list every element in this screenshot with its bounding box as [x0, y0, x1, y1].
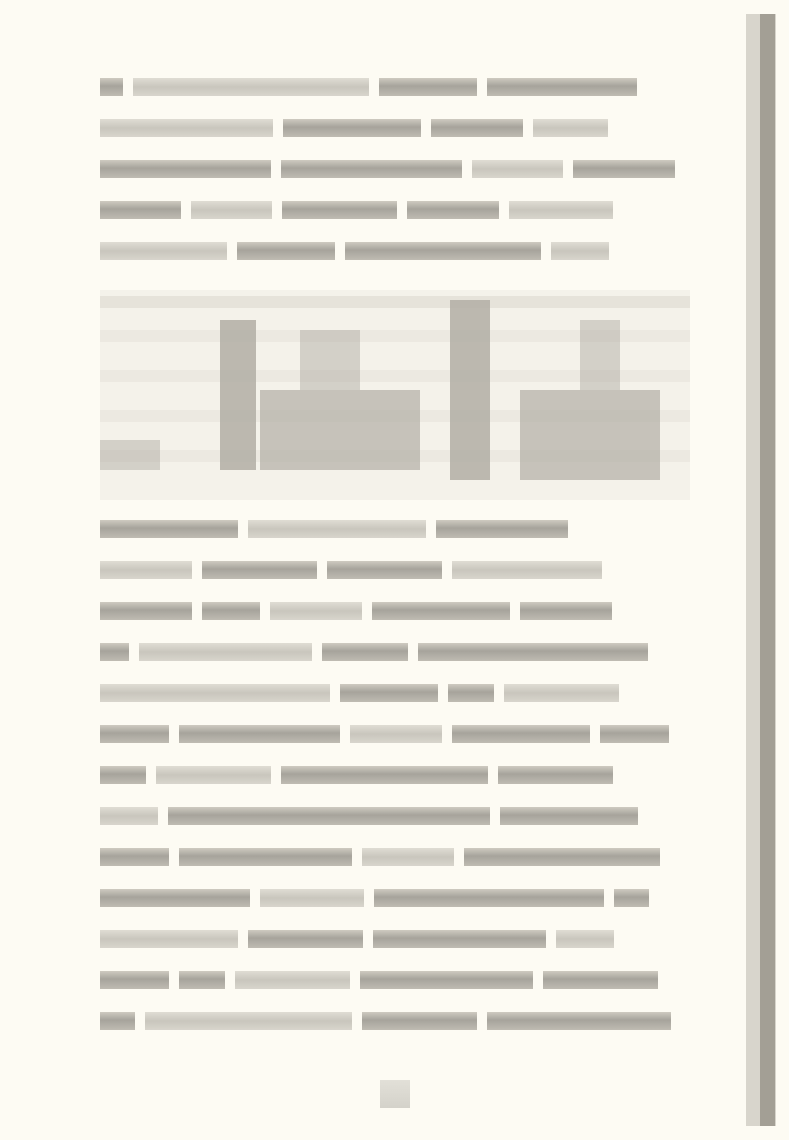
obscured-word: [500, 807, 638, 825]
obscured-word: [573, 160, 676, 178]
text-line: [100, 160, 675, 178]
obscured-word: [327, 561, 442, 579]
obscured-word: [100, 160, 271, 178]
obscured-word: [345, 242, 541, 260]
obscured-word: [202, 561, 317, 579]
scrollbar-thumb[interactable]: [760, 14, 775, 1126]
text-line: [100, 561, 675, 579]
figure-shape: [450, 300, 490, 480]
obscured-word: [100, 889, 250, 907]
figure-shape: [260, 390, 420, 470]
obscured-word: [448, 684, 494, 702]
obscured-word: [543, 971, 658, 989]
obscured-word: [360, 971, 533, 989]
text-line: [100, 1012, 675, 1030]
text-line: [100, 201, 675, 219]
page-number: [380, 1080, 410, 1108]
text-line: [100, 848, 675, 866]
obscured-word: [498, 766, 613, 784]
obscured-word: [372, 602, 510, 620]
obscured-word: [100, 1012, 135, 1030]
text-line: [100, 643, 675, 661]
text-line: [100, 78, 675, 96]
obscured-word: [281, 766, 488, 784]
text-line: [100, 602, 675, 620]
obscured-word: [509, 201, 613, 219]
obscured-word: [202, 602, 260, 620]
obscured-word: [100, 119, 273, 137]
obscured-word: [379, 78, 477, 96]
text-line: [100, 684, 675, 702]
obscured-word: [100, 201, 181, 219]
text-line: [100, 971, 675, 989]
obscured-word: [431, 119, 523, 137]
figure-shape: [520, 390, 660, 480]
obscured-word: [533, 119, 608, 137]
obscured-word: [452, 561, 602, 579]
obscured-word: [340, 684, 438, 702]
obscured-word: [614, 889, 649, 907]
figure-shape: [580, 320, 620, 390]
obscured-word: [139, 643, 312, 661]
obscured-word: [100, 561, 192, 579]
obscured-word: [362, 848, 454, 866]
obscured-word: [520, 602, 612, 620]
obscured-word: [100, 520, 238, 538]
obscured-word: [362, 1012, 477, 1030]
obscured-word: [373, 930, 546, 948]
obscured-word: [281, 160, 462, 178]
obscured-word: [472, 160, 563, 178]
text-line: [100, 119, 675, 137]
obscured-word: [100, 848, 169, 866]
obscured-word: [100, 643, 129, 661]
obscured-word: [179, 848, 352, 866]
obscured-word: [100, 78, 123, 96]
obscured-word: [237, 242, 335, 260]
obscured-word: [282, 201, 397, 219]
obscured-word: [100, 807, 158, 825]
obscured-word: [436, 520, 568, 538]
figure-shape: [300, 330, 360, 390]
obscured-word: [100, 930, 238, 948]
obscured-word: [504, 684, 619, 702]
obscured-word: [100, 602, 192, 620]
obscured-word: [464, 848, 660, 866]
obscured-word: [418, 643, 648, 661]
text-line: [100, 725, 675, 743]
obscured-word: [168, 807, 490, 825]
document-page: [0, 0, 745, 1140]
obscured-word: [551, 242, 609, 260]
obscured-word: [100, 725, 169, 743]
obscured-word: [191, 201, 272, 219]
obscured-word: [487, 1012, 671, 1030]
paragraph-2: [100, 520, 675, 1053]
obscured-word: [350, 725, 442, 743]
obscured-word: [179, 725, 340, 743]
text-line: [100, 766, 675, 784]
obscured-word: [270, 602, 362, 620]
obscured-word: [248, 930, 363, 948]
text-line: [100, 889, 675, 907]
figure-shape: [100, 440, 160, 470]
figure-band: [100, 296, 690, 308]
obscured-word: [100, 684, 330, 702]
paragraph-1: [100, 78, 675, 283]
text-line: [100, 807, 675, 825]
obscured-word: [100, 766, 146, 784]
obscured-word: [374, 889, 604, 907]
obscured-word: [283, 119, 421, 137]
obscured-word: [100, 971, 169, 989]
obscured-word: [235, 971, 350, 989]
obscured-word: [322, 643, 408, 661]
obscured-word: [179, 971, 225, 989]
obscured-word: [452, 725, 590, 743]
obscured-word: [556, 930, 614, 948]
obscured-word: [133, 78, 369, 96]
obscured-word: [100, 242, 227, 260]
obscured-word: [145, 1012, 352, 1030]
obscured-word: [407, 201, 499, 219]
figure-shape: [220, 320, 256, 470]
obscured-word: [248, 520, 426, 538]
obscured-word: [600, 725, 669, 743]
obscured-word: [260, 889, 364, 907]
obscured-word: [487, 78, 637, 96]
text-line: [100, 520, 675, 538]
figure-image: [100, 290, 690, 500]
obscured-word: [156, 766, 271, 784]
text-line: [100, 930, 675, 948]
text-line: [100, 242, 675, 260]
